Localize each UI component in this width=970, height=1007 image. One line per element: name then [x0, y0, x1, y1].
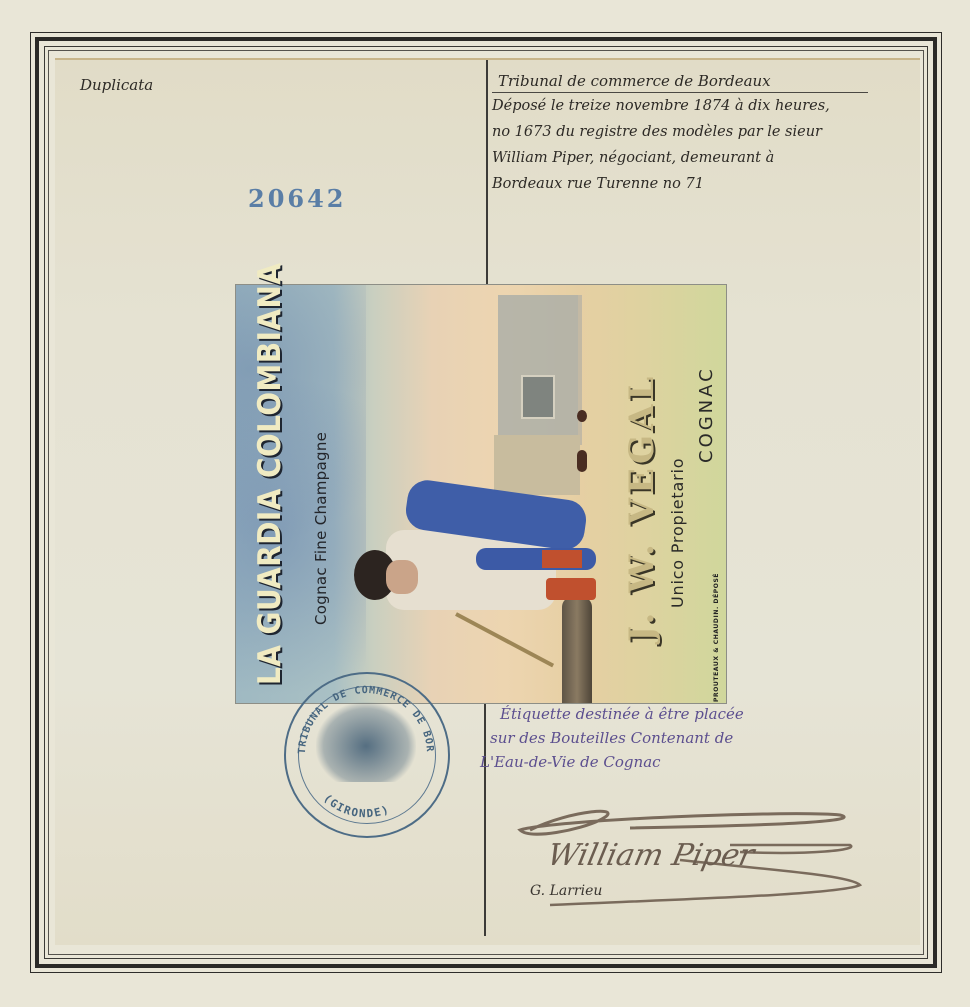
- duplicata-note: Duplicata: [80, 76, 153, 94]
- registration-number-stamp: 20642: [248, 184, 347, 213]
- clerk-signature: G. Larrieu: [530, 883, 602, 899]
- note-line: L'Eau-de-Vie de Cognac: [480, 750, 910, 774]
- deposit-record: Tribunal de commerce de Bordeaux Déposé …: [492, 70, 912, 197]
- tribunal-seal: TRIBUNAL DE COMMERCE DE BORDEAUX (GIROND…: [284, 672, 450, 838]
- ornament-illustration: [577, 410, 587, 422]
- note-line: Étiquette destinée à être placée: [490, 702, 910, 726]
- maker-city: COGNAC: [696, 366, 717, 463]
- note-line: sur des Bouteilles Contenant de: [490, 726, 910, 750]
- maker-role: Unico Propietario: [668, 458, 687, 608]
- tribunal-title: Tribunal de commerce de Bordeaux: [492, 70, 868, 93]
- maker-name: J. W. VEGAL: [622, 373, 662, 642]
- deposit-line: Bordeaux rue Turenne no 71: [492, 171, 912, 197]
- svg-text:(GIRONDE): (GIRONDE): [321, 792, 392, 821]
- column-divider-bottom: [484, 704, 486, 936]
- svg-text:TRIBUNAL DE COMMERCE DE BORDEA: TRIBUNAL DE COMMERCE DE BORDEAUX: [283, 671, 435, 754]
- soldiers-illustration: [346, 470, 606, 650]
- fort-wall-illustration: [498, 295, 582, 445]
- deposit-line: William Piper, négociant, demeurant à: [492, 145, 912, 171]
- grenadier-face: [386, 560, 418, 594]
- brand-title: LA GUARDIA COLOMBIANA: [252, 263, 288, 685]
- depositor-signature: William Piper: [544, 838, 757, 873]
- printer-mark: PROUTEAUX & CHAUDIN. DÉPOSÉ: [713, 573, 720, 702]
- deposit-line: Déposé le treize novembre 1874 à dix heu…: [492, 93, 912, 119]
- label-purpose-note: Étiquette destinée à être placée sur des…: [490, 702, 910, 774]
- seal-text-bottom: (GIRONDE): [321, 792, 392, 821]
- ornament-illustration: [577, 450, 587, 472]
- column-divider-top: [486, 60, 488, 285]
- musket: [455, 612, 554, 667]
- seal-text-top: TRIBUNAL DE COMMERCE DE BORDEAUX: [283, 671, 435, 754]
- grenadier-trim: [546, 578, 596, 600]
- window-illustration: [521, 375, 555, 419]
- soldier-trim: [542, 550, 582, 568]
- seal-text-ring: TRIBUNAL DE COMMERCE DE BORDEAUX (GIROND…: [283, 671, 449, 837]
- brand-subtitle: Cognac Fine Champagne: [312, 432, 330, 625]
- deposit-line: no 1673 du registre des modèles par le s…: [492, 119, 912, 145]
